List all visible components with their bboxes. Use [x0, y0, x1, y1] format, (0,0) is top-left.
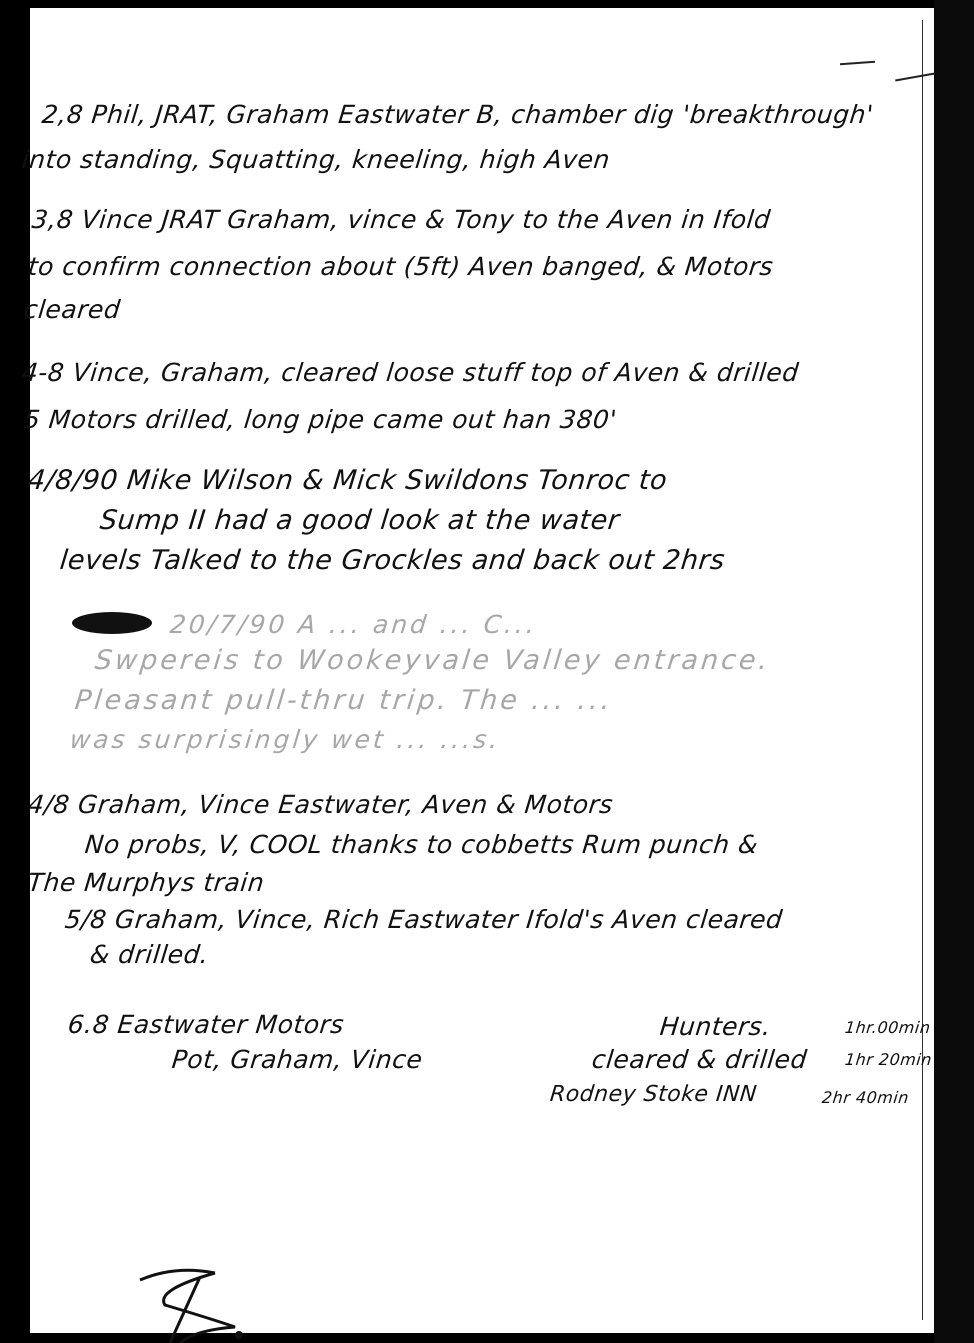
entry-line: The Murphys train — [26, 868, 265, 897]
entry-line: cleared — [22, 295, 121, 324]
entry-line: 4-8 Vince, Graham, cleared loose stuff t… — [20, 358, 800, 387]
signature-mark — [135, 1265, 275, 1343]
log-activity: Rodney Stoke INN — [549, 1082, 759, 1107]
entry-line: 3,8 Vince JRAT Graham, vince & Tony to t… — [30, 205, 772, 234]
entry-line: 5 Motors drilled, long pipe came out han… — [22, 405, 618, 434]
scribbled-out-text — [72, 612, 152, 634]
entry-line: & drilled. — [88, 940, 210, 969]
entry-line: Sump II had a good look at the water — [98, 505, 621, 536]
log-duration: 2hr 40min — [821, 1088, 910, 1107]
entry-line-faded: was surprisingly wet ... ...s. — [68, 725, 502, 754]
scan-border-left — [0, 0, 32, 1343]
entry-line: 4/8 Graham, Vince Eastwater, Aven & Moto… — [26, 790, 614, 819]
page-edge-line — [922, 20, 923, 1320]
entry-line-faded: 20/7/90 A ... and ... C... — [168, 610, 538, 639]
entry-line: 6.8 Eastwater Motors — [66, 1010, 345, 1039]
entry-line: No probs, V, COOL thanks to cobbetts Rum… — [83, 830, 759, 859]
entry-line: 4/8/90 Mike Wilson & Mick Swildons Tonro… — [26, 465, 668, 496]
entry-line: levels Talked to the Grockles and back o… — [58, 545, 726, 576]
entry-line: into standing, Squatting, kneeling, high… — [20, 145, 611, 174]
entry-line: 2,8 Phil, JRAT, Graham Eastwater B, cham… — [40, 100, 875, 129]
entry-line: 5/8 Graham, Vince, Rich Eastwater Ifold'… — [63, 905, 784, 934]
entry-line: to confirm connection about (5ft) Aven b… — [26, 252, 774, 281]
log-activity: Hunters. — [658, 1012, 772, 1041]
log-activity: cleared & drilled — [590, 1045, 808, 1074]
log-duration: 1hr.00min — [844, 1018, 932, 1037]
entry-line: Pot, Graham, Vince — [170, 1045, 424, 1074]
scan-border-right — [934, 0, 974, 1343]
entry-line-faded: Pleasant pull-thru trip. The ... ... — [73, 685, 614, 716]
log-duration: 1hr 20min — [844, 1050, 933, 1069]
entry-line-faded: Swpereis to Wookeyvale Valley entrance. — [93, 645, 772, 676]
